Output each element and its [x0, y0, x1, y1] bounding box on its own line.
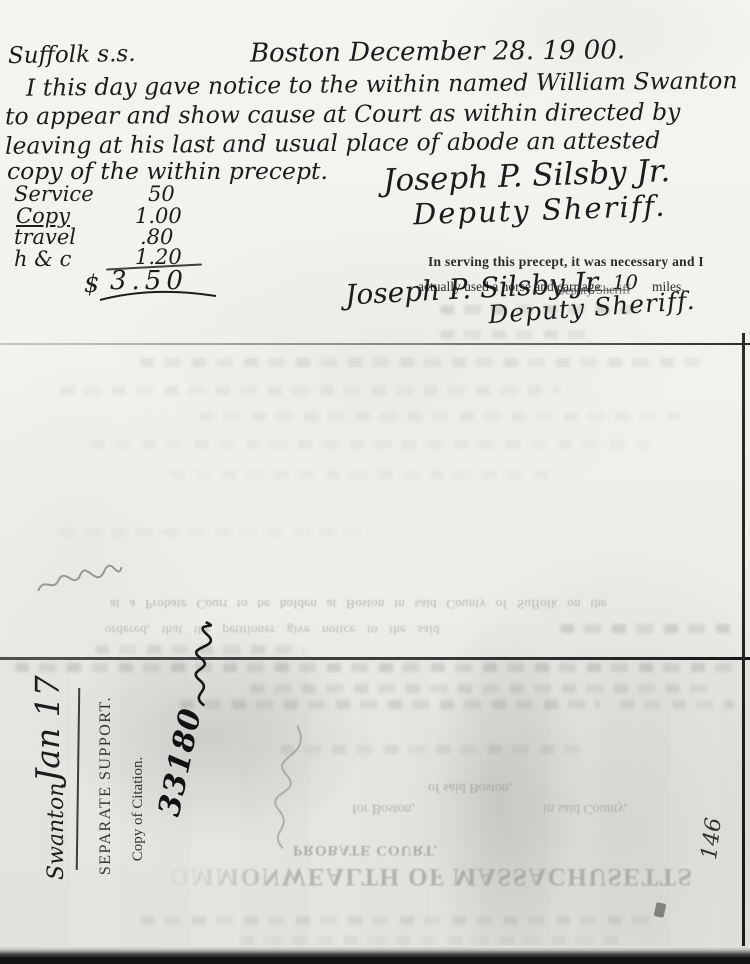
pencil-scribble	[33, 559, 126, 601]
fee-total-flourish	[98, 290, 218, 304]
bleed-through-streak	[15, 663, 735, 672]
bleed-through-streak	[140, 916, 660, 925]
bleed-through-streak	[280, 745, 580, 754]
fee-amount: 50	[148, 182, 175, 206]
fee-label: travel	[14, 225, 76, 249]
fee-label: Service	[14, 182, 94, 206]
bleed-through-fragment-probate: at a Probate Court to be holden at Bosto…	[110, 596, 607, 612]
docket-party-name: Swanton	[44, 765, 69, 880]
ink-blot	[654, 902, 667, 918]
fee-label: h & c	[14, 247, 71, 271]
scanned-document-page: Suffolk s.s. Boston December 28. 19 00. …	[0, 0, 750, 964]
docket-case-label: SEPARATE SUPPORT.	[97, 678, 115, 893]
bleed-through-commonwealth-title: COMMONWEALTH OF MASSACHUSETTS	[150, 862, 693, 890]
fee-total-currency: $	[84, 270, 99, 298]
fold-crease-line	[0, 343, 750, 345]
bleed-through-streak	[200, 412, 680, 421]
venue-line: Suffolk s.s.	[8, 41, 136, 69]
service-body-line-3: leaving at his last and usual place of a…	[5, 126, 661, 160]
bleed-through-streak	[560, 624, 740, 633]
bleed-through-streak	[60, 528, 360, 537]
date-line: Boston December 28. 19 00.	[250, 35, 625, 68]
docket-filed-note: Jan 17	[28, 667, 67, 782]
service-body-line-2: to appear and show cause at Court as wit…	[5, 98, 681, 131]
bleed-through-probate-court: PROBATE COURT.	[293, 841, 438, 858]
scan-bottom-edge-band	[0, 946, 750, 964]
bleed-through-streak	[440, 305, 640, 314]
bleed-through-streak	[440, 330, 590, 339]
bleed-through-streak	[180, 700, 600, 709]
bleed-through-streak	[140, 358, 700, 367]
docket-number: 33180	[152, 705, 209, 819]
bleed-through-streak	[250, 684, 710, 693]
bleed-through-in-said-county: in said County,	[543, 800, 627, 816]
service-body-line-4: copy of the within precept.	[7, 157, 328, 185]
bleed-through-streak	[240, 936, 620, 945]
service-body-line-1: I this day gave notice to the within nam…	[26, 66, 738, 101]
folio-number: 146	[697, 781, 731, 861]
fold-crease-line	[0, 657, 750, 660]
bleed-through-for-boston: for Boston,	[352, 800, 415, 816]
docket-document-label: Copy of Citation.	[130, 746, 147, 872]
scan-right-edge-line	[742, 333, 745, 953]
bleed-through-streak	[170, 470, 550, 479]
bleed-through-of-said-boston: of said Boston,	[428, 779, 512, 795]
bleed-through-streak	[90, 440, 650, 449]
bleed-through-streak	[60, 386, 560, 395]
docket-rule-line	[76, 688, 81, 870]
bleed-through-streak	[620, 700, 735, 709]
faint-scrawl	[255, 719, 327, 855]
bleed-through-fragment-notice: ordered, that the petitioner give notice…	[105, 622, 440, 638]
